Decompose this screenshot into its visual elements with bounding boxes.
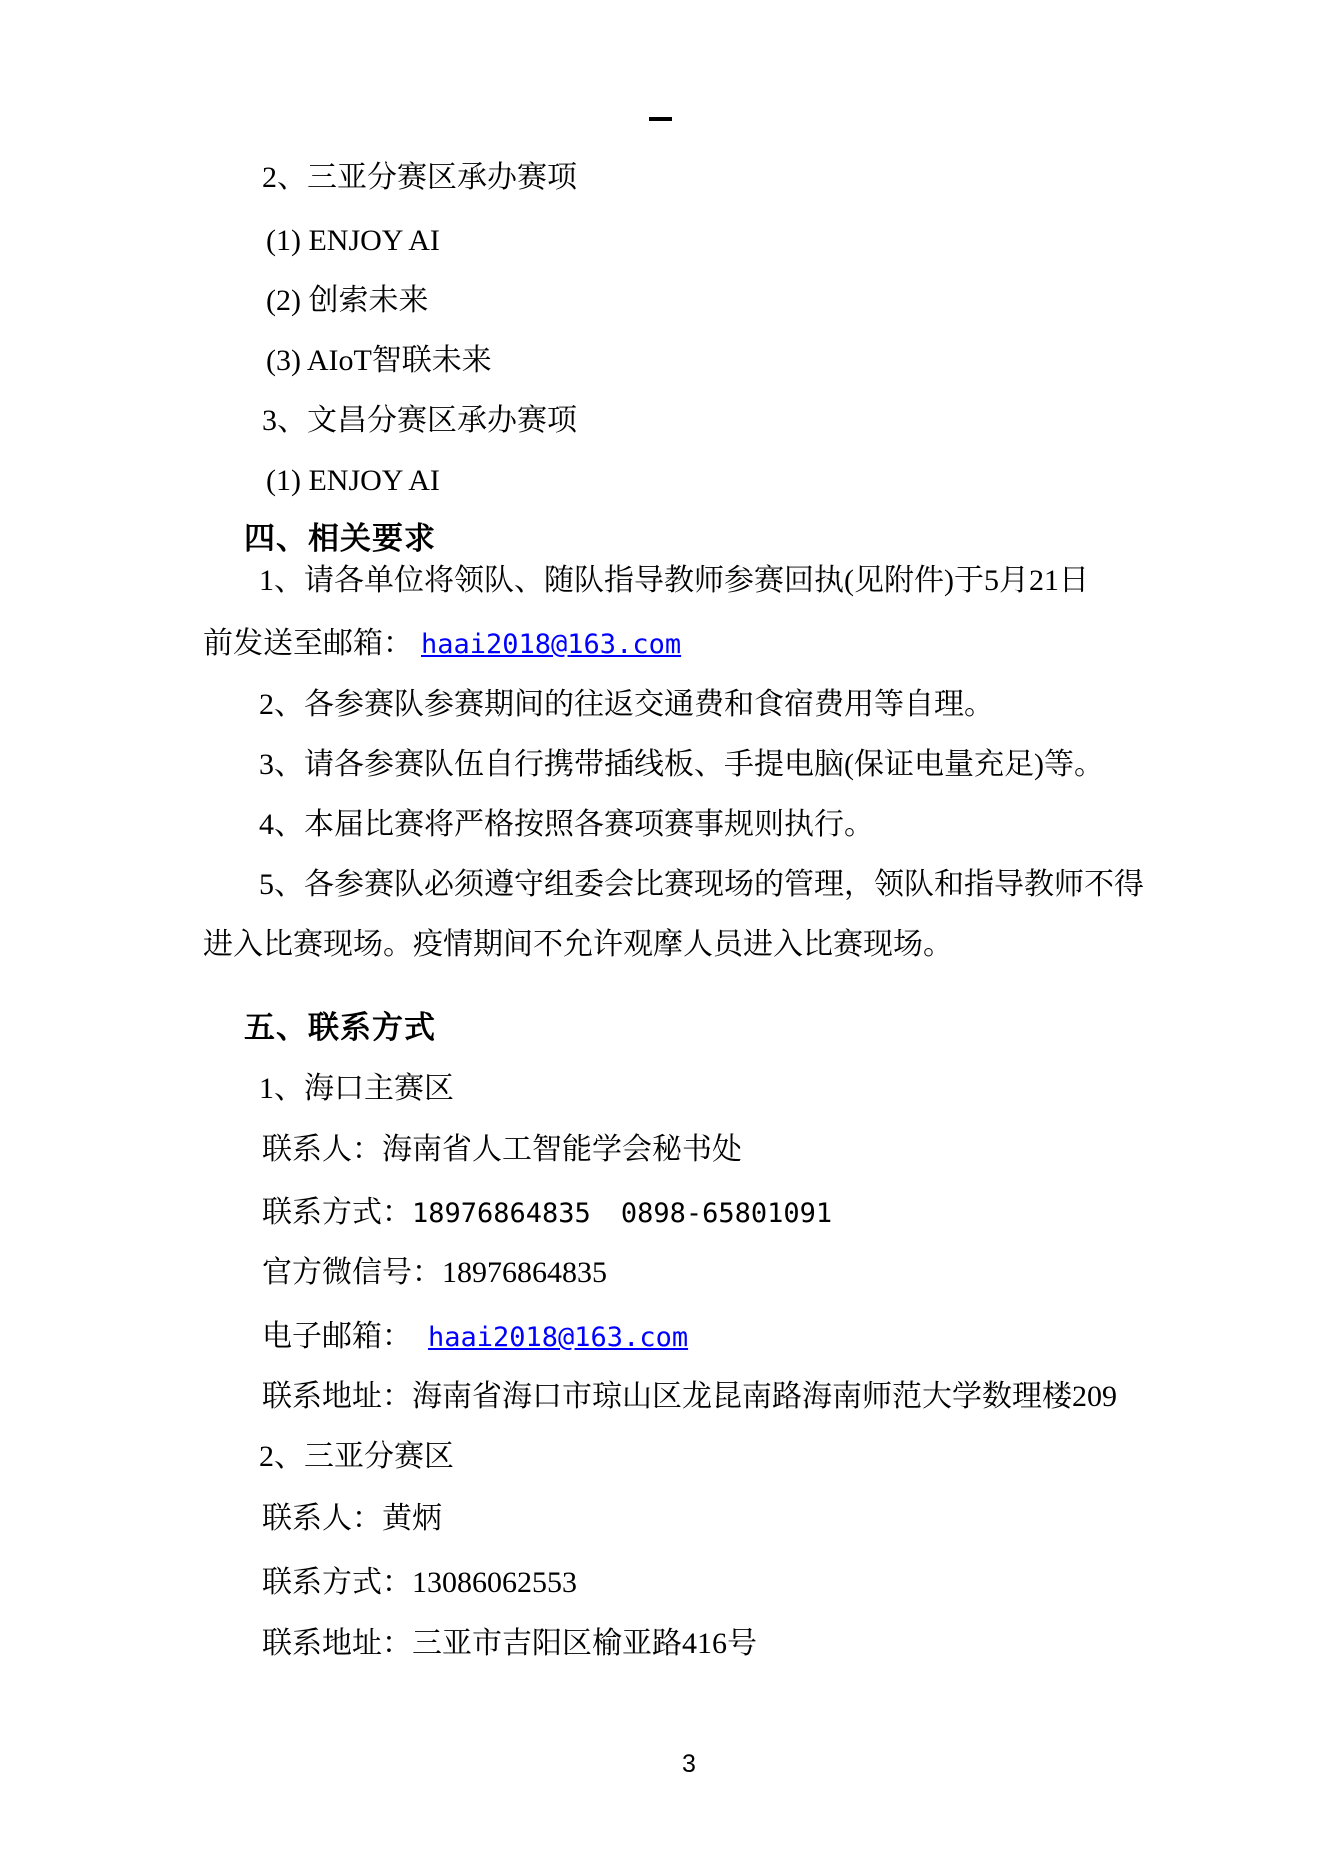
email-link[interactable]: haai2018@163.com [421, 629, 681, 660]
sanya-event-item-2: (2) 创索未来 [266, 284, 428, 319]
requirement-item-3: 3、请各参赛队伍自行携带插线板、手提电脑(保证电量充足)等。 [259, 748, 1104, 783]
haikou-phone-number-2: 0898-65801091 [621, 1198, 832, 1229]
haikou-phone-number-1: 18976864835 [412, 1198, 591, 1229]
send-to-email-label: 前发送至邮箱： [203, 627, 413, 660]
requirement-item-4: 4、本届比赛将严格按照各赛项赛事规则执行。 [259, 808, 874, 843]
sanya-contact-person: 联系人：黄炳 [262, 1502, 442, 1537]
requirement-item-5-line-2: 进入比赛现场。疫情期间不允许观摩人员进入比赛现场。 [203, 928, 953, 963]
contacts-section-heading: 五、联系方式 [244, 1010, 436, 1046]
sanya-contact-phone: 联系方式：13086062553 [262, 1566, 577, 1601]
haikou-main-venue-title: 1、海口主赛区 [259, 1072, 454, 1107]
haikou-contact-address: 联系地址：海南省海口市琼山区龙昆南路海南师范大学数理楼209 [262, 1380, 1117, 1415]
haikou-email-line: 电子邮箱：haai2018@163.com [262, 1320, 688, 1355]
requirement-item-5-line-1: 5、各参赛队必须遵守组委会比赛现场的管理，领队和指导教师不得 [259, 868, 1144, 903]
requirement-item-1-line-1: 1、请各单位将领队、随队指导教师参赛回执(见附件)于5月21日 [259, 564, 1089, 599]
page-header-dash-icon [649, 117, 672, 121]
page-number: 3 [672, 1750, 706, 1779]
requirements-section-heading: 四、相关要求 [244, 521, 436, 557]
wenchang-subvenue-events-title: 3、文昌分赛区承办赛项 [262, 404, 577, 439]
sanya-event-item-3: (3) AIoT智联未来 [266, 344, 492, 379]
haikou-email-link[interactable]: haai2018@163.com [428, 1322, 688, 1353]
document-page: 2、三亚分赛区承办赛项 (1) ENJOY AI (2) 创索未来 (3) AI… [0, 0, 1323, 1871]
haikou-contact-person: 联系人：海南省人工智能学会秘书处 [262, 1133, 742, 1168]
wenchang-event-item-1: (1) ENJOY AI [266, 464, 440, 499]
sanya-contact-address: 联系地址：三亚市吉阳区榆亚路416号 [262, 1627, 757, 1662]
sanya-subvenue-title: 2、三亚分赛区 [259, 1440, 454, 1475]
haikou-email-label: 电子邮箱： [262, 1320, 412, 1353]
sanya-event-item-1: (1) ENJOY AI [266, 224, 440, 259]
requirement-item-1-line-2: 前发送至邮箱：haai2018@163.com [203, 627, 681, 662]
haikou-official-wechat: 官方微信号：18976864835 [262, 1256, 607, 1291]
haikou-phone-label: 联系方式： [262, 1196, 412, 1229]
haikou-contact-phones: 联系方式：189768648350898-65801091 [262, 1196, 832, 1231]
requirement-item-2: 2、各参赛队参赛期间的往返交通费和食宿费用等自理。 [259, 688, 994, 723]
sanya-subvenue-events-title: 2、三亚分赛区承办赛项 [262, 161, 577, 196]
